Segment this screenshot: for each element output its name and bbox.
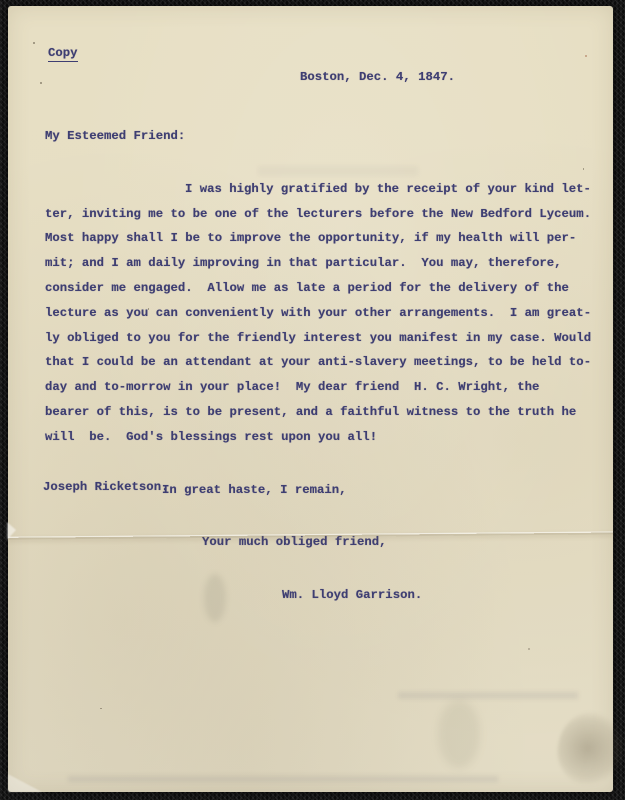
faint-smudge [258,166,418,176]
body-line: consider me engaged. Allow me as late a … [45,276,591,301]
letter-body: My Esteemed Friend: I was highly gratifi… [45,96,591,636]
body-line: mit; and I am daily improving in that pa… [45,251,591,276]
signature-name: Wm. Lloyd Garrison. [282,583,591,608]
bleedthrough-mark [398,692,578,699]
body-line: I was highly gratified by the receipt of… [45,177,591,202]
body-line: ter, inviting me to be one of the lectur… [45,202,591,227]
paper-speck [585,55,587,57]
addressee-name: Joseph Ricketson. [43,480,168,494]
paper-speck [40,82,42,84]
paper-speck [583,168,584,170]
body-line: Most happy shall I be to improve the opp… [45,226,591,251]
body-paragraph: I was highly gratified by the receipt of… [45,177,591,450]
body-line: day and to-morrow in your place! My dear… [45,375,591,400]
photo-backdrop: Copy Boston, Dec. 4, 1847. My Esteemed F… [0,0,625,800]
fold-edge-nick [7,522,16,540]
faint-smudge [438,700,480,768]
paper-speck [100,708,102,709]
salutation: My Esteemed Friend: [45,124,591,149]
body-line: that I could be an attendant at your ant… [45,350,591,375]
stain-smudge [551,706,625,792]
letter-page: Copy Boston, Dec. 4, 1847. My Esteemed F… [8,6,613,792]
paper-speck [528,648,530,650]
body-line: lecture as you can conveniently with you… [45,301,591,326]
paper-speck [33,42,35,44]
faint-smudge [204,574,226,622]
body-line: bearer of this, is to be present, and a … [45,400,591,425]
dateline: Boston, Dec. 4, 1847. [300,70,455,84]
copy-label: Copy [48,46,78,62]
paper-speck [148,308,149,310]
bleedthrough-mark [68,776,498,782]
corner-fold [8,774,42,792]
closing-line: In great haste, I remain, [162,478,591,503]
body-line: ly obliged to you for the friendly inter… [45,326,591,351]
body-line: will be. God's blessings rest upon you a… [45,425,591,450]
